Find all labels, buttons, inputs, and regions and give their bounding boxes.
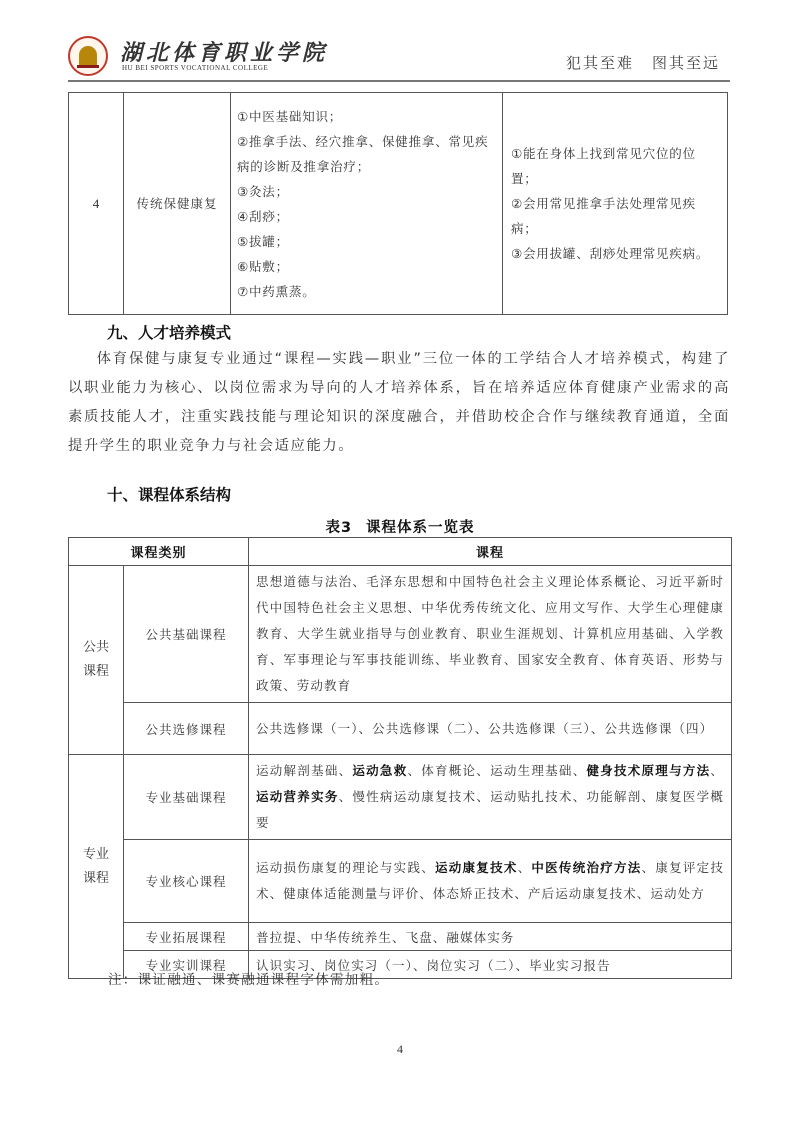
content-item: ①中医基础知识； xyxy=(237,104,496,129)
course-text: 运动解剖基础、 xyxy=(256,763,352,778)
course-text: 运动损伤康复的理论与实践、 xyxy=(256,860,435,875)
content-item: ②推拿手法、经穴推拿、保健推拿、常见疾病的诊断及推拿治疗； xyxy=(237,129,496,179)
category-public: 公共 课程 xyxy=(69,566,124,755)
category-line: 专业 xyxy=(69,843,123,867)
header-divider xyxy=(68,80,730,82)
subcategory-label: 公共选修课程 xyxy=(124,703,249,755)
course-list: 公共选修课（一）、公共选修课（二）、公共选修课（三）、公共选修课（四） xyxy=(249,703,732,755)
skills-table-continued: 4 传统保健康复 ①中医基础知识； ②推拿手法、经穴推拿、保健推拿、常见疾病的诊… xyxy=(68,92,728,315)
school-logo-icon xyxy=(68,36,108,76)
table-row: 4 传统保健康复 ①中医基础知识； ②推拿手法、经穴推拿、保健推拿、常见疾病的诊… xyxy=(69,93,728,315)
module-name: 传统保健康复 xyxy=(124,93,231,315)
table-caption-title: 课程体系一览表 xyxy=(366,520,475,536)
school-motto: 犯其至难图其至远 xyxy=(566,52,720,73)
category-line: 公共 xyxy=(69,636,123,660)
content-item: ④刮痧； xyxy=(237,204,496,229)
subcategory-label: 专业核心课程 xyxy=(124,840,249,923)
page-number: 4 xyxy=(0,1042,800,1057)
school-name-en: HU BEI SPORTS VOCATIONAL COLLEGE xyxy=(122,64,268,72)
course-text: 思想道德与法治、毛泽东思想和中国特色社会主义理论体系概论、习近平新时代中国特色社… xyxy=(256,574,724,693)
subcategory-label: 专业基础课程 xyxy=(124,755,249,840)
content-item: ⑥贴敷； xyxy=(237,254,496,279)
table-caption-number: 表3 xyxy=(325,520,352,536)
course-text: 、 xyxy=(710,763,724,778)
table-caption: 表3课程体系一览表 xyxy=(0,516,800,537)
table-row: 公共选修课程 公共选修课（一）、公共选修课（二）、公共选修课（三）、公共选修课（… xyxy=(69,703,732,755)
table-row: 专业核心课程 运动损伤康复的理论与实践、运动康复技术、中医传统治疗方法、康复评定… xyxy=(69,840,732,923)
motto-part-1: 犯其至难 xyxy=(566,54,634,72)
module-content: ①中医基础知识； ②推拿手法、经穴推拿、保健推拿、常见疾病的诊断及推拿治疗； ③… xyxy=(231,93,503,315)
table-note: 注：课证融通、课赛融通课程字体需加粗。 xyxy=(108,968,389,988)
section-10-heading: 十、课程体系结构 xyxy=(107,483,231,505)
page-header: 湖北体育职业学院 HU BEI SPORTS VOCATIONAL COLLEG… xyxy=(68,34,728,80)
content-item: ③灸法； xyxy=(237,179,496,204)
table-row: 公共 课程 公共基础课程 思想道德与法治、毛泽东思想和中国特色社会主义理论体系概… xyxy=(69,566,732,703)
header-category: 课程类别 xyxy=(69,538,249,566)
category-line: 课程 xyxy=(69,660,123,684)
course-text: 、体育概论、运动生理基础、 xyxy=(407,763,586,778)
course-text-bold: 运动急救 xyxy=(352,763,407,778)
course-text-bold: 健身技术原理与方法 xyxy=(586,763,710,778)
course-text-bold: 运动营养实务 xyxy=(256,789,339,804)
table-row: 专业 课程 专业基础课程 运动解剖基础、运动急救、体育概论、运动生理基础、健身技… xyxy=(69,755,732,840)
category-line: 课程 xyxy=(69,867,123,891)
subcategory-label: 专业拓展课程 xyxy=(124,923,249,951)
course-text-bold: 中医传统治疗方法 xyxy=(531,860,641,875)
header-courses: 课程 xyxy=(249,538,732,566)
content-item: ⑦中药熏蒸。 xyxy=(237,279,496,304)
table-header-row: 课程类别 课程 xyxy=(69,538,732,566)
table-row: 专业拓展课程 普拉提、中华传统养生、飞盘、融媒体实务 xyxy=(69,923,732,951)
course-text: 普拉提、中华传统养生、飞盘、融媒体实务 xyxy=(256,930,514,945)
course-list: 普拉提、中华传统养生、飞盘、融媒体实务 xyxy=(249,923,732,951)
course-text: 公共选修课（一）、公共选修课（二）、公共选修课（三）、公共选修课（四） xyxy=(256,721,713,736)
module-requirements: ①能在身体上找到常见穴位的位置； ②会用常见推拿手法处理常见疾病； ③会用拔罐、… xyxy=(503,93,728,315)
course-list: 思想道德与法治、毛泽东思想和中国特色社会主义理论体系概论、习近平新时代中国特色社… xyxy=(249,566,732,703)
requirement-item: ③会用拔罐、刮痧处理常见疾病。 xyxy=(511,241,719,266)
school-name-cn: 湖北体育职业学院 xyxy=(120,36,328,67)
row-number: 4 xyxy=(69,93,124,315)
content-item: ⑤拔罐； xyxy=(237,229,496,254)
requirement-item: ①能在身体上找到常见穴位的位置； xyxy=(511,141,719,191)
section-9-heading: 九、人才培养模式 xyxy=(107,321,231,343)
course-system-table: 课程类别 课程 公共 课程 公共基础课程 思想道德与法治、毛泽东思想和中国特色社… xyxy=(68,537,732,979)
course-text-bold: 运动康复技术 xyxy=(435,860,518,875)
section-9-paragraph: 体育保健与康复专业通过“课程—实践—职业”三位一体的工学结合人才培养模式，构建了… xyxy=(68,345,730,461)
requirement-item: ②会用常见推拿手法处理常见疾病； xyxy=(511,191,719,241)
subcategory-label: 公共基础课程 xyxy=(124,566,249,703)
course-list: 运动解剖基础、运动急救、体育概论、运动生理基础、健身技术原理与方法、运动营养实务… xyxy=(249,755,732,840)
course-list: 运动损伤康复的理论与实践、运动康复技术、中医传统治疗方法、康复评定技术、健康体适… xyxy=(249,840,732,923)
logo-base-shape xyxy=(77,65,99,68)
category-professional: 专业 课程 xyxy=(69,755,124,979)
course-text: 、 xyxy=(518,860,532,875)
motto-part-2: 图其至远 xyxy=(652,54,720,72)
logo-building-shape xyxy=(79,46,97,66)
